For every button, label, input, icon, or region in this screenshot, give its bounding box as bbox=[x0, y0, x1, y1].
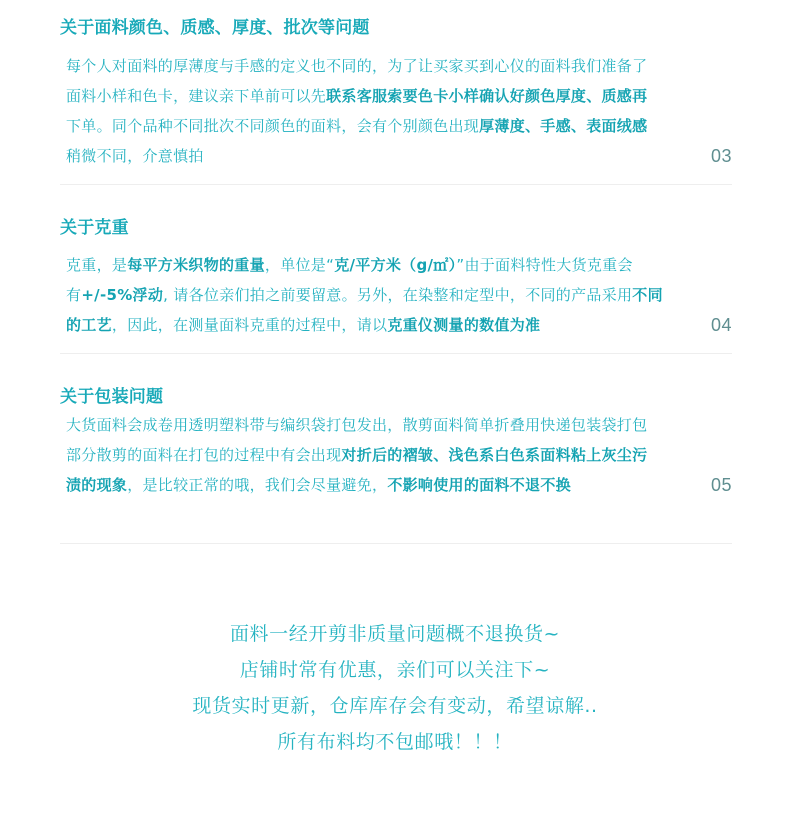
paragraph-line: 稍微不同，介意慎拍 bbox=[66, 141, 678, 171]
section-paragraph: 克重，是每平方米织物的重量，单位是“克/平方米（g/㎡）”由于面料特性大货克重会… bbox=[66, 250, 678, 340]
section-number: 05 bbox=[711, 475, 732, 496]
section-title: 关于面料颜色、质感、厚度、批次等问题 bbox=[60, 13, 370, 38]
body-text: 下单。同个品种不同批次不同颜色的面料，会有个别颜色出现 bbox=[66, 117, 479, 135]
paragraph-line: 每个人对面料的厚薄度与手感的定义也不同的，为了让买家买到心仪的面料我们准备了 bbox=[66, 51, 678, 81]
body-text: 每个人对面料的厚薄度与手感的定义也不同的，为了让买家买到心仪的面料我们准备了 bbox=[66, 57, 647, 75]
emphasis-text: 联系客服索要色卡小样确认好颜色厚度、质感再 bbox=[326, 87, 647, 105]
section-title: 关于包装问题 bbox=[60, 382, 163, 407]
body-text: 大货面料会成卷用透明塑料带与编织袋打包发出，散剪面料简单折叠用快递包装袋打包 bbox=[66, 416, 647, 434]
section-title: 关于克重 bbox=[60, 213, 129, 238]
notice-no-free-shipping: 所有布料均不包邮哦！！！ bbox=[0, 724, 790, 760]
section-paragraph: 每个人对面料的厚薄度与手感的定义也不同的，为了让买家买到心仪的面料我们准备了面料… bbox=[66, 51, 678, 171]
paragraph-line: 有+/-5%浮动, 请各位亲们拍之前要留意。另外，在染整和定型中，不同的产品采用… bbox=[66, 280, 678, 310]
body-text: 部分散剪的面料在打包的过程中有会出现 bbox=[66, 446, 341, 464]
section-number: 04 bbox=[711, 315, 732, 336]
body-text: , 请各位亲们拍之前要留意。另外，在染整和定型中，不同的产品采用 bbox=[163, 286, 632, 304]
emphasis-text: 克重仪测量的数值为准 bbox=[387, 316, 540, 334]
emphasis-text: +/-5%浮动 bbox=[81, 286, 163, 304]
footer-notice: 面料一经开剪非质量问题概不退换货~ 店铺时常有优惠，亲们可以关注下~ 现货实时更… bbox=[0, 616, 790, 760]
divider bbox=[60, 353, 732, 354]
body-text: ，单位是“ bbox=[265, 256, 334, 274]
body-text: 有 bbox=[66, 286, 81, 304]
emphasis-text: 对折后的褶皱、浅色系白色系面料粘上灰尘污 bbox=[341, 446, 647, 464]
section-paragraph: 大货面料会成卷用透明塑料带与编织袋打包发出，散剪面料简单折叠用快递包装袋打包部分… bbox=[66, 410, 678, 500]
paragraph-line: 下单。同个品种不同批次不同颜色的面料，会有个别颜色出现厚薄度、手感、表面绒感 bbox=[66, 111, 678, 141]
body-text: 面料小样和色卡，建议亲下单前可以先 bbox=[66, 87, 326, 105]
emphasis-text: 每平方米织物的重量 bbox=[127, 256, 265, 274]
body-text: 克重，是 bbox=[66, 256, 127, 274]
paragraph-line: 渍的现象，是比较正常的哦，我们会尽量避免，不影响使用的面料不退不换 bbox=[66, 470, 678, 500]
paragraph-line: 的工艺，因此，在测量面料克重的过程中，请以克重仪测量的数值为准 bbox=[66, 310, 678, 340]
paragraph-line: 大货面料会成卷用透明塑料带与编织袋打包发出，散剪面料简单折叠用快递包装袋打包 bbox=[66, 410, 678, 440]
emphasis-text: 渍的现象 bbox=[66, 476, 127, 494]
body-text: ，是比较正常的哦，我们会尽量避免， bbox=[127, 476, 387, 494]
body-text: ”由于面料特性大货克重会 bbox=[456, 256, 632, 274]
paragraph-line: 克重，是每平方米织物的重量，单位是“克/平方米（g/㎡）”由于面料特性大货克重会 bbox=[66, 250, 678, 280]
paragraph-line: 部分散剪的面料在打包的过程中有会出现对折后的褶皱、浅色系白色系面料粘上灰尘污 bbox=[66, 440, 678, 470]
notice-stock: 现货实时更新，仓库库存会有变动，希望谅解.. bbox=[0, 688, 790, 724]
body-text: 稍微不同，介意慎拍 bbox=[66, 147, 204, 165]
divider bbox=[60, 184, 732, 185]
emphasis-text: 不同 bbox=[632, 286, 663, 304]
body-text: ，因此，在测量面料克重的过程中，请以 bbox=[112, 316, 387, 334]
section-number: 03 bbox=[711, 146, 732, 167]
divider bbox=[60, 543, 732, 544]
notice-no-return: 面料一经开剪非质量问题概不退换货~ bbox=[0, 616, 790, 652]
emphasis-text: 不影响使用的面料不退不换 bbox=[387, 476, 571, 494]
notice-promotions: 店铺时常有优惠，亲们可以关注下~ bbox=[0, 652, 790, 688]
paragraph-line: 面料小样和色卡，建议亲下单前可以先联系客服索要色卡小样确认好颜色厚度、质感再 bbox=[66, 81, 678, 111]
emphasis-text: 克/平方米（g/㎡） bbox=[334, 256, 456, 274]
emphasis-text: 的工艺 bbox=[66, 316, 112, 334]
emphasis-text: 厚薄度、手感、表面绒感 bbox=[479, 117, 647, 135]
